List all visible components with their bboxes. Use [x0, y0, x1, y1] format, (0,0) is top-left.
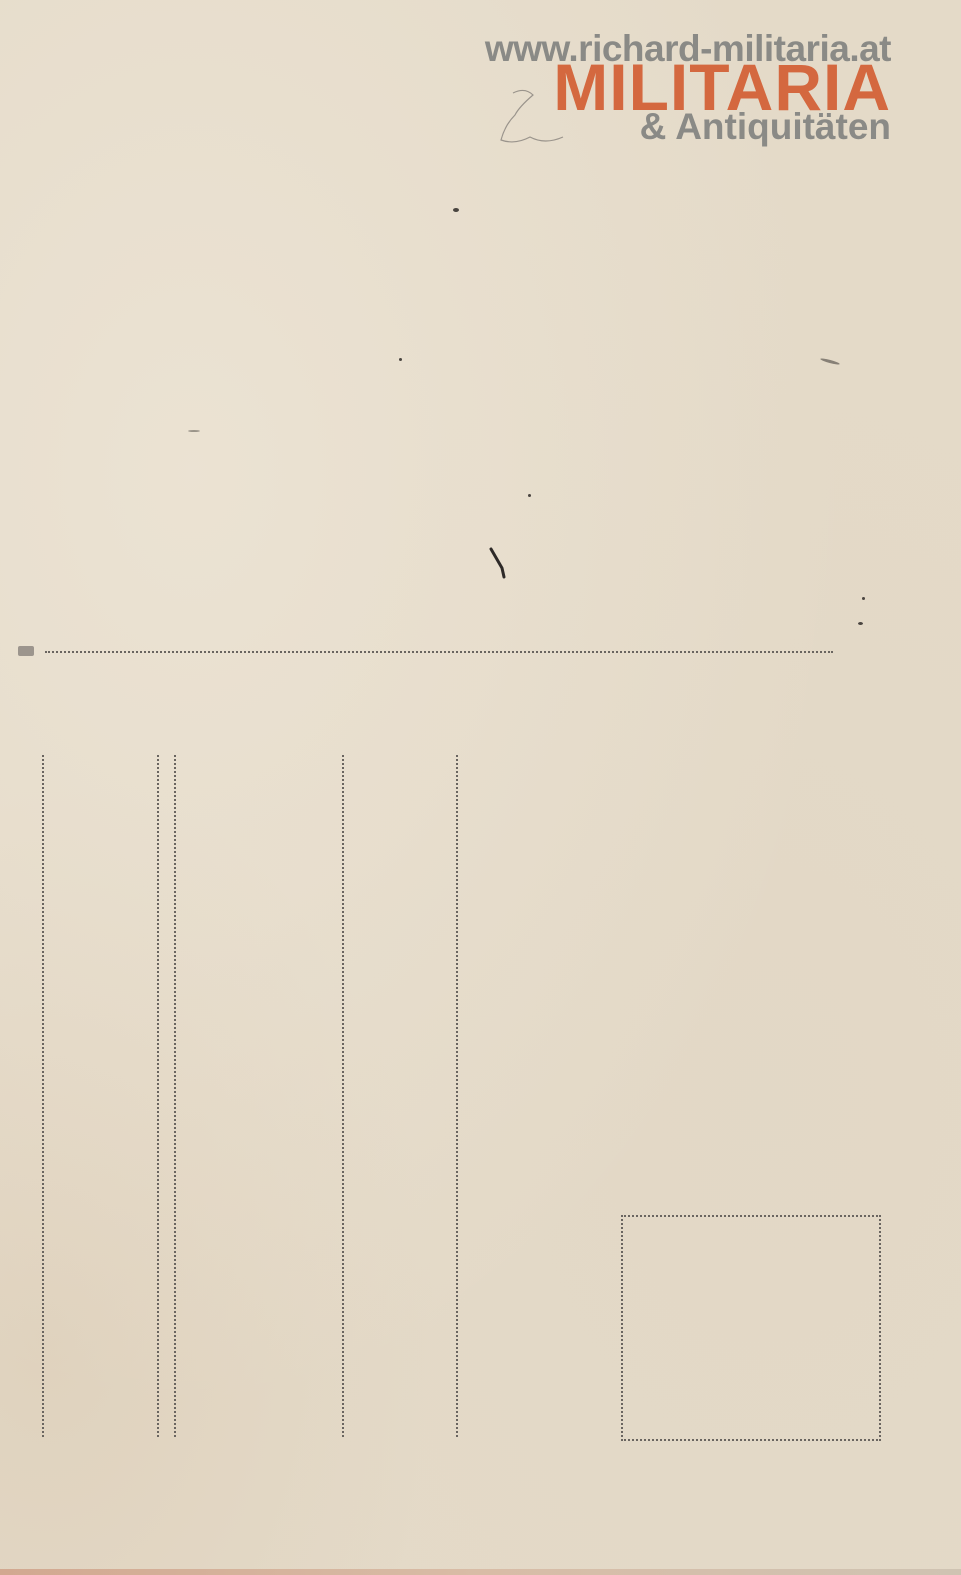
watermark-subtitle: & Antiquitäten — [640, 106, 891, 148]
ink-speck — [528, 494, 531, 497]
address-line-2 — [157, 755, 159, 1437]
ink-speck — [188, 430, 200, 432]
address-line-1 — [42, 755, 44, 1437]
ink-speck — [858, 622, 863, 625]
pencil-scribble — [495, 85, 570, 155]
divider-mark — [18, 646, 34, 656]
postcard-back: www.richard-militaria.at MILITARIA & Ant… — [0, 0, 961, 1575]
ink-mark — [488, 546, 510, 580]
ink-speck — [453, 208, 459, 212]
address-line-3 — [174, 755, 176, 1437]
card-edge — [0, 1569, 961, 1575]
address-line-4 — [342, 755, 344, 1437]
stamp-box — [621, 1215, 881, 1441]
ink-speck — [399, 358, 402, 361]
horizontal-divider — [45, 651, 833, 653]
address-line-5 — [456, 755, 458, 1437]
ink-speck — [820, 357, 840, 365]
ink-speck — [862, 597, 865, 600]
